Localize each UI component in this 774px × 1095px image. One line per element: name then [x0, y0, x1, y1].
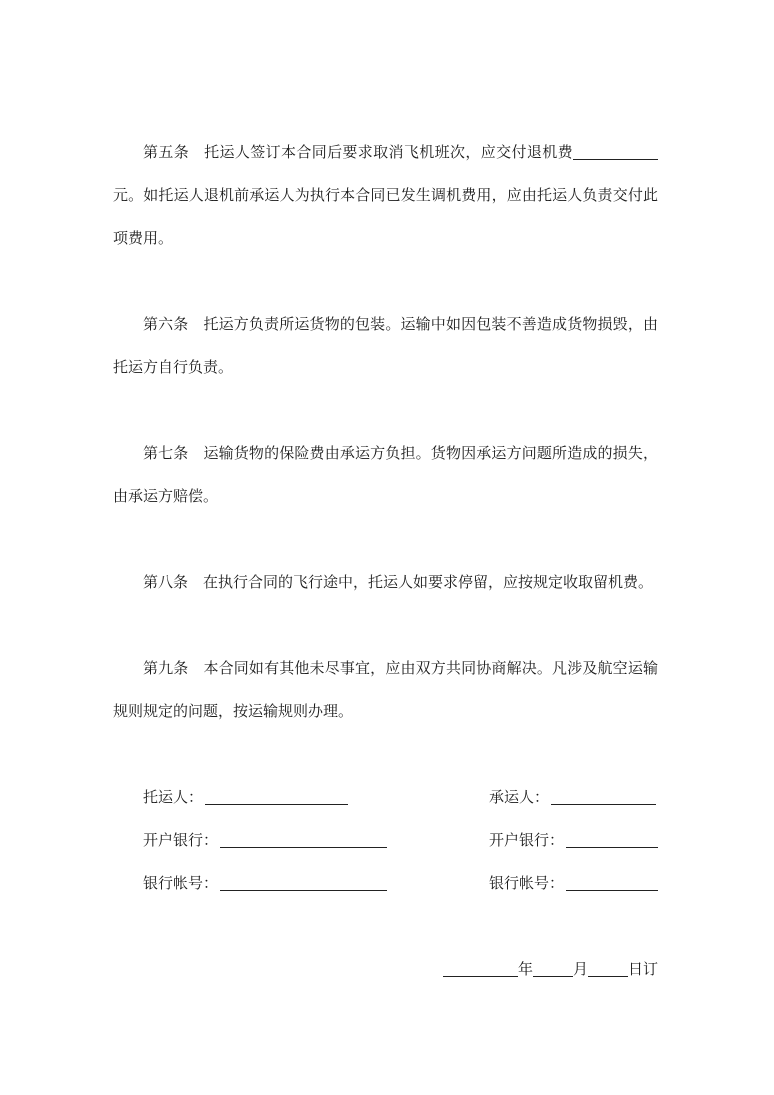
- carrier-bank-blank: [566, 830, 658, 848]
- article-7-number: 第七条: [143, 446, 188, 462]
- signature-section: 托运人： 开户银行： 银行帐号： 承运人： 开户银行： 银行帐号：: [143, 777, 658, 906]
- shipper-signature-column: 托运人： 开户银行： 银行帐号：: [143, 777, 489, 906]
- article-8-number: 第八条: [143, 575, 188, 591]
- carrier-account-label: 银行帐号：: [489, 876, 564, 892]
- article-5-text-before-blank: 托运人签订本合同后要求取消飞机班次，应交付退机费: [204, 145, 573, 161]
- article-6-number: 第六条: [143, 317, 188, 333]
- article-7-paragraph: 第七条运输货物的保险费由承运方负担。货物因承运方问题所造成的损失，由承运方赔偿。: [113, 433, 658, 519]
- shipper-name-blank: [205, 787, 348, 805]
- carrier-name-label: 承运人：: [489, 790, 549, 806]
- article-9-text: 本合同如有其他未尽事宜，应由双方共同协商解决。凡涉及航空运输规则规定的问题，按运…: [113, 661, 658, 720]
- carrier-account-blank: [566, 873, 658, 891]
- carrier-signature-column: 承运人： 开户银行： 银行帐号：: [489, 777, 658, 906]
- carrier-bank-row: 开户银行：: [489, 820, 658, 863]
- article-8-text: 在执行合同的飞行途中，托运人如要求停留，应按规定收取留机费。: [203, 575, 653, 591]
- carrier-account-row: 银行帐号：: [489, 863, 658, 906]
- year-label: 年: [518, 962, 533, 978]
- shipper-name-label: 托运人：: [143, 790, 203, 806]
- shipper-bank-blank: [220, 830, 387, 848]
- carrier-name-blank: [551, 787, 656, 805]
- article-6-paragraph: 第六条托运方负责所运货物的包装。运输中如因包装不善造成货物损毁，由托运方自行负责…: [113, 304, 658, 390]
- day-blank: [588, 959, 628, 977]
- article-9-number: 第九条: [143, 661, 188, 677]
- document-content: 第五条托运人签订本合同后要求取消飞机班次，应交付退机费元。如托运人退机前承运人为…: [0, 0, 774, 992]
- article-9-paragraph: 第九条本合同如有其他未尽事宜，应由双方共同协商解决。凡涉及航空运输规则规定的问题…: [113, 648, 658, 734]
- shipper-name-row: 托运人：: [143, 777, 489, 820]
- year-blank: [443, 959, 518, 977]
- article-5-number: 第五条: [143, 145, 189, 161]
- article-6-text: 托运方负责所运货物的包装。运输中如因包装不善造成货物损毁，由托运方自行负责。: [113, 317, 658, 376]
- shipper-bank-label: 开户银行：: [143, 833, 218, 849]
- carrier-name-row: 承运人：: [489, 777, 658, 820]
- shipper-account-blank: [220, 873, 387, 891]
- article-8-paragraph: 第八条在执行合同的飞行途中，托运人如要求停留，应按规定收取留机费。: [113, 562, 658, 605]
- contract-document-page: 第五条托运人签订本合同后要求取消飞机班次，应交付退机费元。如托运人退机前承运人为…: [0, 0, 774, 1095]
- shipper-account-label: 银行帐号：: [143, 876, 218, 892]
- shipper-bank-row: 开户银行：: [143, 820, 489, 863]
- day-label: 日订: [628, 962, 658, 978]
- article-5-text-after-blank: 元。如托运人退机前承运人为执行本合同已发生调机费用，应由托运人负责交付此项费用。: [113, 188, 658, 247]
- shipper-account-row: 银行帐号：: [143, 863, 489, 906]
- carrier-bank-label: 开户银行：: [489, 833, 564, 849]
- date-line: 年月日订: [113, 949, 658, 992]
- month-blank: [533, 959, 573, 977]
- month-label: 月: [573, 962, 588, 978]
- article-5-paragraph: 第五条托运人签订本合同后要求取消飞机班次，应交付退机费元。如托运人退机前承运人为…: [113, 132, 658, 261]
- refund-fee-blank: [573, 142, 658, 160]
- article-7-text: 运输货物的保险费由承运方负担。货物因承运方问题所造成的损失，由承运方赔偿。: [113, 446, 658, 505]
